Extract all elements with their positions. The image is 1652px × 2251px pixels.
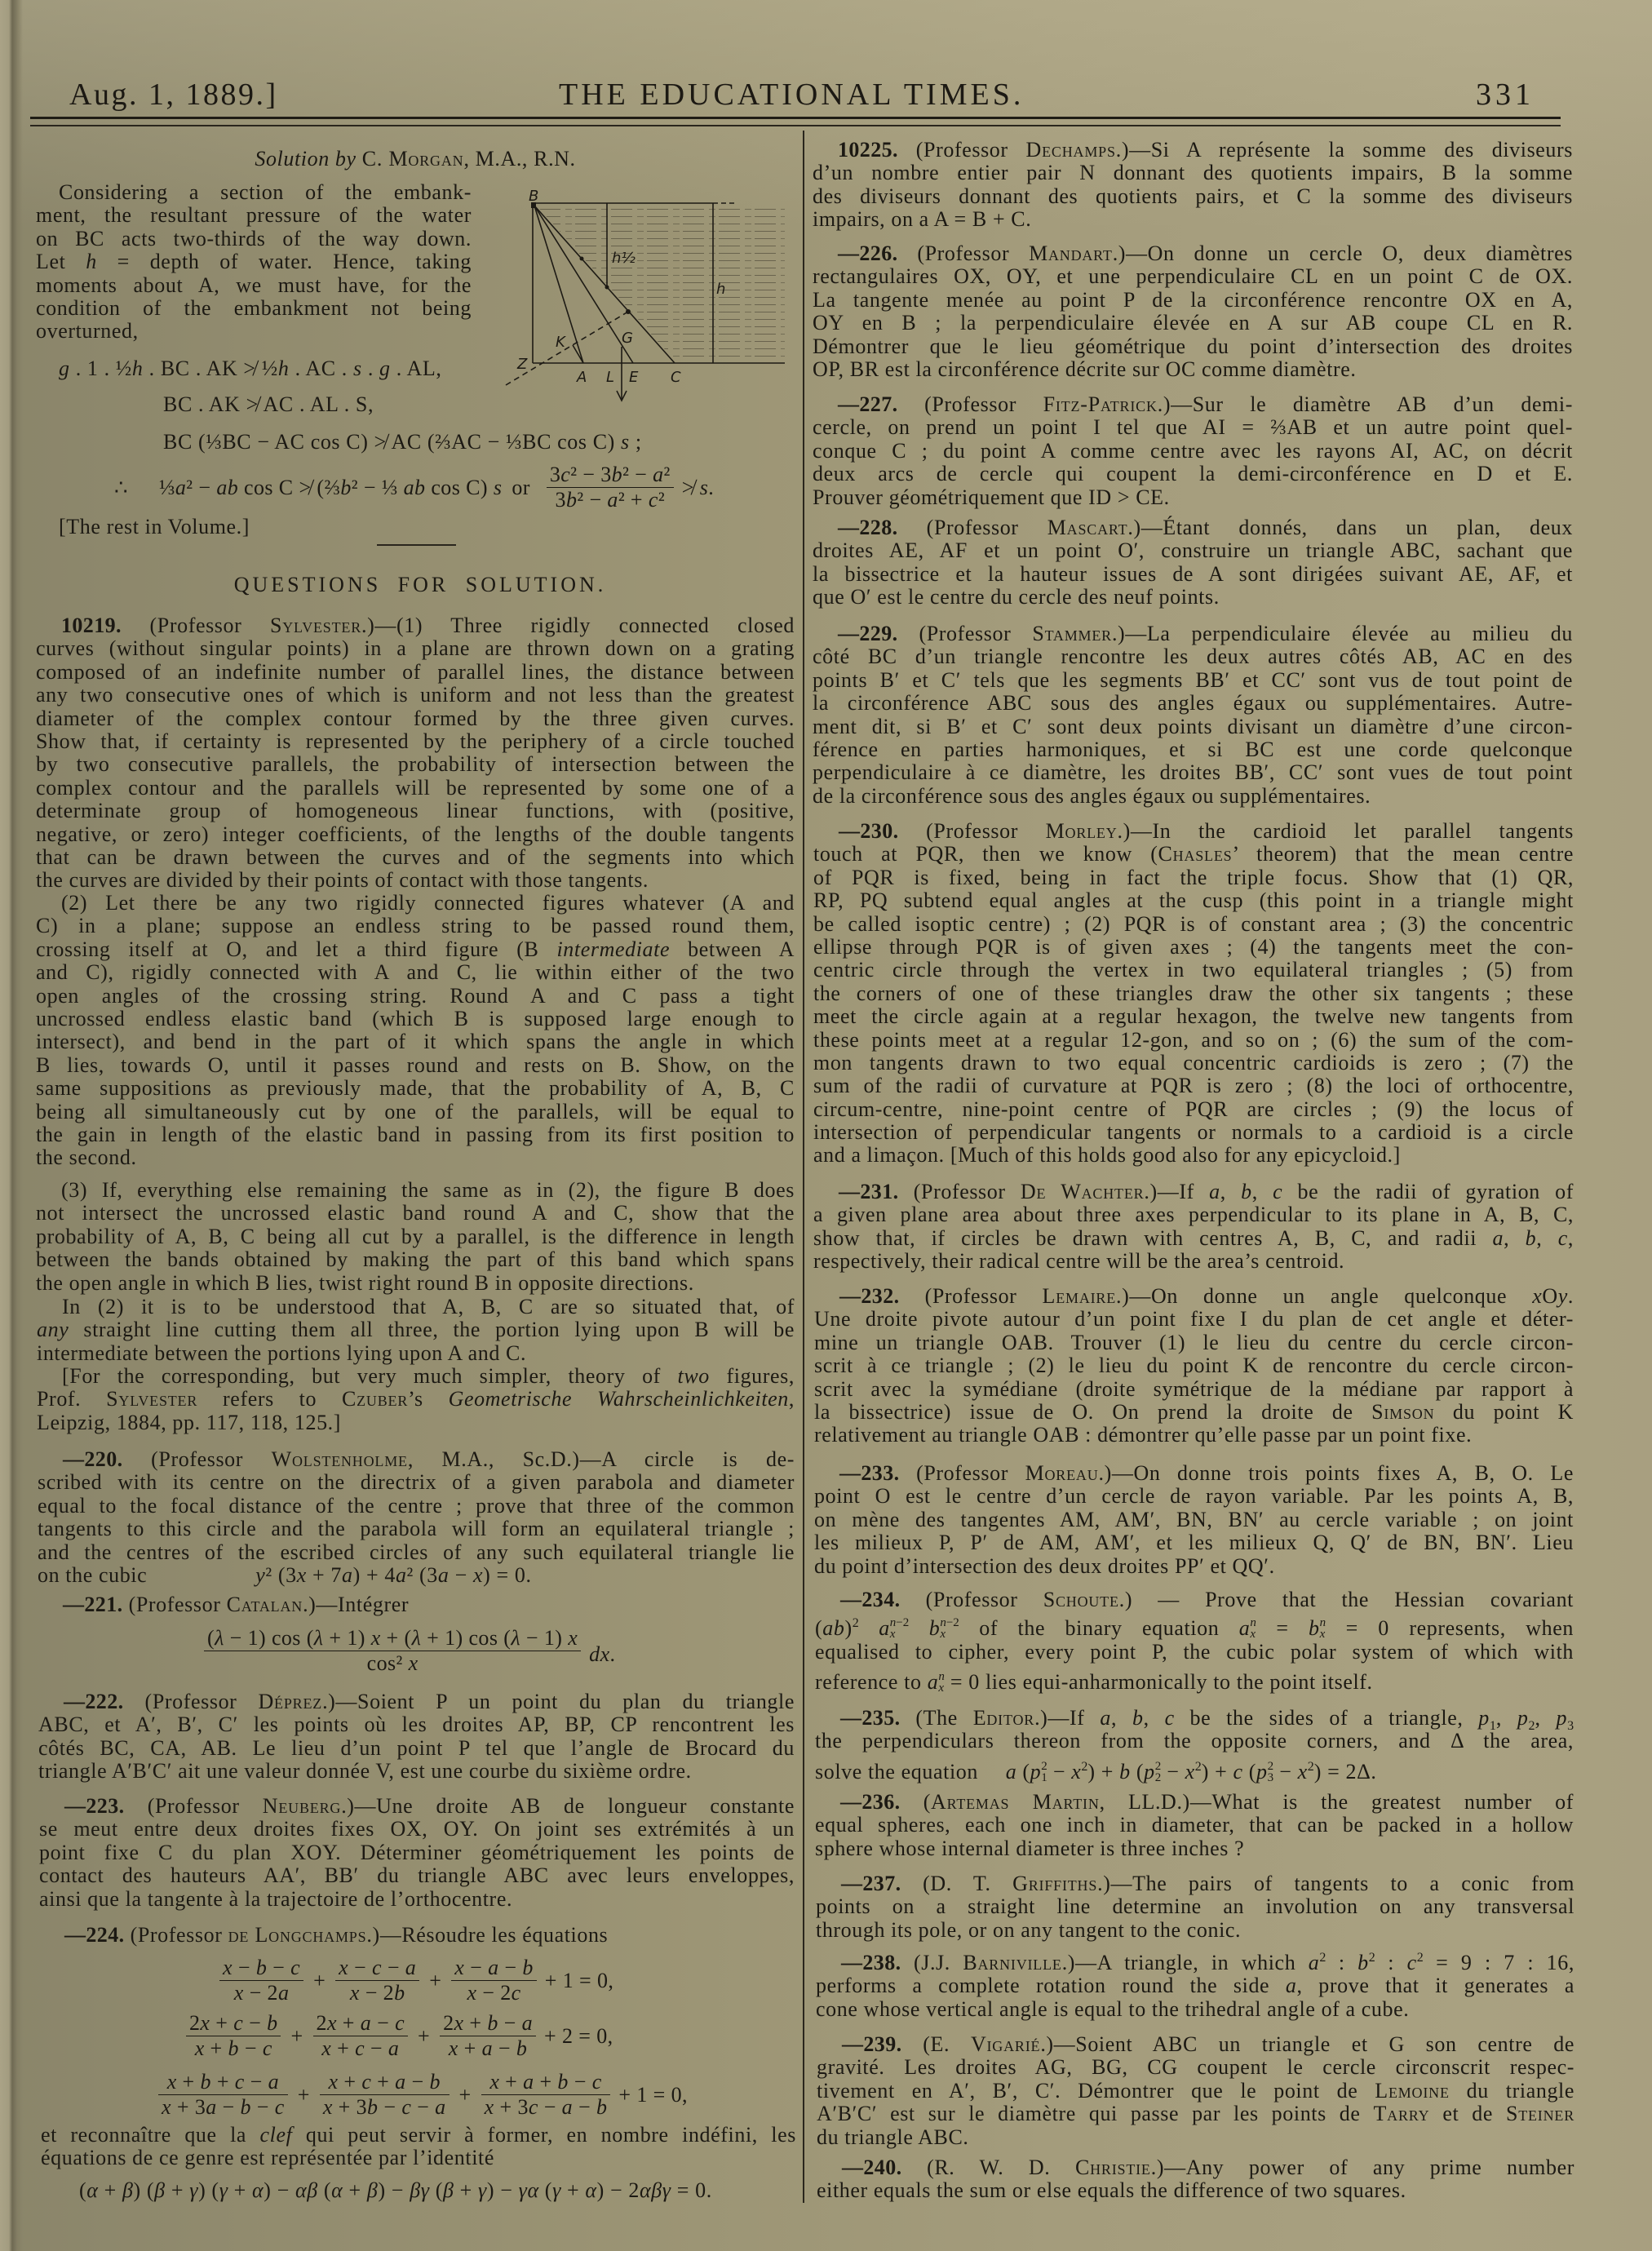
small-caps-name: Neuberg [263,1794,341,1818]
math-variable: b [256,1956,267,1979]
math-variable: b [414,476,425,499]
math-variable: a [342,1563,353,1587]
question-237: —237. (D. T. Griffiths.)—The pairs of ta… [816,1872,1574,1942]
label-h-half: h½ [612,250,636,267]
italic-text: b [1132,1706,1144,1730]
fraction: x + a + b − cx + 3c − a − b [481,2070,611,2120]
text-line: —224. (Professor de Longchamps.)—Résoudr… [39,1924,795,1947]
plus-operator: + [290,2024,303,2049]
math-variable: x [449,2036,458,2060]
text-line: ment, the resultant pressure of the wate… [36,204,472,227]
text-line: In (2) it is to be understood that A, B,… [37,1296,795,1318]
numerator: x − a − b [451,1956,537,1980]
small-caps-name: de Longchamps [228,1923,367,1947]
math-variable: γ [219,2178,228,2202]
text-line: Show that, if certainty is represented b… [36,730,795,753]
math-variable: a [562,2095,573,2119]
question-10219-part-3: (3) If, everything else remaining the sa… [36,1179,795,1295]
fraction: x − c − ax − 2b [335,1956,419,2005]
text-line: deux arcs de cercle qui coupent la demi-… [813,463,1573,485]
math-variable: g [59,357,70,380]
text-line: La tangente menée au point P de la circo… [813,289,1573,312]
text-line: —220. (Professor Wolstenholme, M.A., Sc.… [38,1448,795,1471]
math-variable: c [233,2011,243,2035]
sup-sub-script: 22 [1155,1761,1162,1784]
text-line: —229. (Professor Stammer.)—La perpendicu… [813,623,1573,645]
question-number: —233. [839,1461,900,1485]
plus-operator: + [298,2083,310,2107]
small-caps-name: Vigarié [971,2032,1040,2056]
superscript: 2 [1195,1760,1202,1774]
text-line: ainsi que la tangente à la trajectoire d… [39,1888,795,1911]
fraction: x + b + c − ax + 3a − b − c [158,2070,288,2120]
question-number: —238. [841,1951,901,1974]
math-variable: α [585,2178,596,2202]
italic-text: x [1298,1760,1308,1784]
question-10219-reference: [For the corresponding, but very much si… [37,1365,795,1434]
math-variable: b [557,2070,568,2094]
italic-text: Solution by [255,147,356,171]
math-variable: λ [215,1626,224,1650]
text-line: cercle, on prend un point I tel que AI =… [813,416,1573,439]
small-caps-name: Sylvester [270,614,361,637]
small-caps-name: Tarry [1373,2102,1429,2125]
small-caps-name: Morley [1046,819,1118,843]
question-236: —236. (Artemas Martin, LL.D.)—What is th… [815,1791,1574,1860]
small-caps-name: Chasles [1158,842,1233,866]
question-number: —229. [838,622,898,645]
italic-text: clef [260,2123,293,2147]
math-variable: b [241,2095,251,2119]
italic-text: p [1030,1760,1042,1784]
superscript: 2 [1369,1951,1375,1965]
text-line: d’un nombre entier pair N donnant des qu… [813,162,1573,184]
small-caps-name: C. Morgan [362,147,464,171]
text-line: respectively, their radical centre will … [813,1250,1574,1273]
small-caps-name: Déprez [258,1690,322,1713]
text-line: les milieux P, P′ de AM, AM′, et les mil… [814,1531,1574,1554]
math-variable: a [653,463,663,486]
math-variable: a [607,488,618,512]
question-number: 10219. [61,614,122,637]
point-half-depth [605,286,609,290]
text-line: tangents to this circle and the parabola… [38,1518,795,1540]
italic-text: a [1309,1951,1320,1974]
math-variable: b [394,1981,405,2005]
math-variable: b [516,2036,527,2060]
question-number: —222. [64,1690,124,1713]
question-number: —230. [839,819,899,843]
math-variable: y [255,1563,265,1587]
text-line: equal to the focal distance of the centr… [38,1495,795,1518]
subscript: 1 [1490,1719,1496,1733]
math-variable: b [201,2070,211,2094]
text-line: du triangle ABC. [817,2126,1574,2149]
fraction: 2x + c − bx + b − c [186,2011,281,2061]
math-variable: x [940,1628,946,1641]
text-line: the curves are divided by their points o… [36,869,795,892]
solution-equation-3: BC (⅓BC − AC cos C) ≯ AC (⅔AC − ⅓BC cos … [163,431,642,454]
plus-operator: + [459,2083,472,2107]
math-expression: y² (3x + 7a) + 4a² (3a − x) = 0. [255,1563,531,1587]
question-220: —220. (Professor Wolstenholme, M.A., Sc.… [38,1448,795,1587]
math-variable: x [371,1626,381,1650]
text-line: —239. (E. Vigarié.)—Soient ABC un triang… [817,2033,1574,2056]
math-variable: b [522,1956,533,1979]
text-line: —227. (Professor Fitz-Patrick.)—Sur le d… [813,393,1573,416]
superscript: 2 [1308,1760,1314,1774]
question-number: —236. [840,1790,901,1814]
text-line: —226. (Professor Mandart.)—On donne un c… [813,242,1573,265]
italic-text: x [1532,1284,1542,1308]
point-centre-of-pressure [626,309,631,314]
question-221: —221. (Professor Catalan.)—Intégrer [38,1593,795,1616]
sup-sub-script: nx [938,1671,945,1694]
math-variable: x [223,1956,233,1979]
math-variable: λ [314,1626,324,1650]
math-variable: x [1320,1628,1326,1641]
plus-operator: + [429,1969,441,1993]
text-line: gravité. Les droites AG, BG, CG coupent … [817,2056,1574,2079]
text-line: scribed with its centre on the directrix… [38,1471,795,1494]
italic-text: a [1209,1180,1220,1203]
label-B: B [529,188,538,205]
math-variable: s [494,476,503,499]
question-221-integral: (λ − 1) cos (λ + 1) x + (λ + 1) cos (λ −… [204,1626,615,1676]
math-variable: x [568,1626,578,1650]
text-line: on BC acts two-thirds of the way down. [36,228,472,250]
text-line: equal spheres, each one inch in diameter… [815,1814,1574,1837]
text-line: composed of an indefinite number of para… [36,661,795,684]
text-line: B lies, towards O, until it passes round… [36,1054,795,1077]
text-line: complex contour and the parallels will b… [36,777,795,800]
small-caps-name: Wolstenholme [272,1447,408,1471]
text-line: the open angle in which B lies, twist ri… [36,1272,795,1295]
text-line: C) in a plane; suppose an endless string… [36,915,795,937]
text-line: scrit avec la symédiane (droite symétriq… [814,1378,1574,1401]
question-231: —231. (Professor De Wachter.)—If a, b, c… [813,1181,1574,1274]
label-A: A [576,369,587,386]
math-variable: a [216,476,227,499]
italic-text: ab [822,1616,844,1640]
math-variable: x [467,1981,476,2005]
math-variable: λ [511,1626,520,1650]
text-line: de la circonférence sous des angles égau… [813,785,1573,808]
sup-sub-script: nx [1320,1617,1326,1640]
math-variable: x [489,2070,499,2094]
math-variable: β [443,2178,454,2202]
superscript: 2 [1417,1951,1424,1965]
text-line: open angles of the crossing string. Roun… [36,985,795,1008]
column-separator [803,131,804,2203]
math-variable: α [252,2178,264,2202]
text-line: determinate group of homogeneous linear … [36,800,795,822]
text-line: contact des hauteurs AA′, BB′ du triangl… [39,1864,795,1887]
text-line: 10225. (Professor Dechamps.)—Si A représ… [813,139,1573,162]
text-line: point O est le centre d’un cercle de ray… [814,1485,1574,1508]
text-line: [For the corresponding, but very much si… [37,1365,795,1388]
math-variable: x [454,2011,464,2035]
math-variable: x [321,2036,331,2060]
text-line: équations de ce genre est représentée pa… [41,2147,796,2169]
math-variable: a [268,2070,279,2094]
question-223: —223. (Professor Neuberg.)—Une droite AB… [39,1795,795,1911]
sup-sub-script: n−2x [940,1617,959,1640]
math-variable: a [482,2036,493,2060]
text-line: impairs, on a A = B + C. [813,208,1573,231]
numerator: 2x + a − c [313,2011,408,2036]
text-line: (2) Let there be any two rigidly connect… [36,892,795,915]
text-line: meet the circle again at a regular hexag… [813,1005,1574,1028]
numerator: x − c − a [335,1956,419,1980]
math-variable: d [589,1642,600,1666]
solution-heading: Solution by C. Morgan, M.A., R.N. [36,148,795,171]
text-line: —234. (Professor Schoute.) — Prove that … [815,1589,1574,1611]
text-line: crossing itself at O, and let a third fi… [36,938,795,961]
text-line: —232. (Professor Lemaire.)—On donne un a… [814,1285,1574,1308]
text-line: —235. (The Editor.)—If a, b, c be the si… [815,1707,1574,1730]
denominator: x + 3c − a − b [481,2094,611,2120]
math-variable: c [560,463,570,486]
label-K: K [556,334,566,351]
small-caps-name: Sylvester [106,1387,197,1411]
italic-text: c [1558,1226,1568,1250]
text-line: —230. (Professor Morley.)—In the cardioi… [813,820,1574,843]
italic-text: c [1273,1180,1282,1203]
numerator: x + b + c − a [158,2070,288,2094]
text-line: diameter of the complex contour formed b… [36,707,795,730]
math-variable: g [379,357,391,380]
math-variable: b [566,488,577,512]
question-number: —239. [842,2032,902,2056]
text-line: ellipse through PQR is of given axes ; (… [813,936,1574,959]
italic-text: a [1239,1616,1251,1640]
question-232: —232. (Professor Lemaire.)—On donne un a… [814,1285,1574,1447]
math-variable: a [405,1956,416,1979]
text-line: perpendiculaire à ce diamètre, les droit… [813,761,1573,784]
text-line: intermediate between the portions lying … [37,1342,795,1365]
small-caps-name: Dechamps [1026,138,1116,162]
math-variable: c [355,2036,365,2060]
solution-equation-2: BC . AK ≯ AC . AL . S, [163,393,374,416]
italic-text: b [1119,1760,1131,1784]
question-227: —227. (Professor Fitz-Patrick.)—Sur le d… [813,393,1573,509]
math-variable: c [290,1956,300,1979]
italic-text: p [1556,1706,1567,1730]
small-caps-name: Lemoine [1375,2079,1449,2103]
denominator: x + a − b [440,2036,536,2061]
question-number: —235. [840,1706,901,1730]
question-224-equation-1: x − b − cx − 2a + x − c − ax − 2b + x − … [219,1956,613,2005]
math-variable: γ [189,2178,198,2202]
math-variable: x [485,2095,494,2119]
math-variable: b [596,2095,607,2119]
math-variable: a [435,2095,445,2119]
text-line: Prof. Sylvester refers to Czuber’s Geome… [37,1388,795,1411]
text-line: —236. (Artemas Martin, LL.D.)—What is th… [815,1791,1574,1814]
numerator: 3c² − 3b² − a² [547,463,674,487]
question-224-equation-3: x + b + c − ax + 3a − b − c + x + c + a … [158,2070,688,2120]
small-caps-name: Lemaire [1043,1284,1116,1308]
text-line: côté BC d’un triangle rencontre les deux… [813,645,1573,668]
math-variable: x [195,2036,205,2060]
text-line: Une droite pivote autour d’un point fixe… [814,1308,1574,1331]
text-line: performs a complete rotation round the s… [816,1974,1574,1997]
text-line: that can be drawn between the curves and… [36,846,795,869]
math-variable: β [122,2178,134,2202]
italic-text: b [1241,1180,1252,1203]
text-line: Considering a section of the embank- [36,181,472,204]
text-line: negative, or zero) integer coefficients,… [36,823,795,846]
italic-text: two [678,1364,710,1388]
math-variable: x [409,1651,419,1675]
italic-text: b [1309,1616,1320,1640]
math-variable: a [522,2011,533,2035]
page-number: 331 [1476,78,1535,111]
math-variable: x [327,2011,337,2035]
label-L: L [606,369,614,386]
question-235: —235. (The Editor.)—If a, b, c be the si… [815,1707,1574,1784]
math-variable: x [323,2095,333,2119]
math-variable: b [267,2011,277,2035]
denominator: x − 2c [451,1980,537,2005]
math-variable: λ [412,1626,422,1650]
italic-text: Geometrische Wahrscheinlichkeiten [449,1387,789,1411]
text-line: conque C ; du point A comme centre avec … [813,440,1573,463]
text-line: the perpendiculars thereon from the oppo… [815,1730,1574,1753]
italic-text: x [1185,1760,1195,1784]
italic-text: p [1517,1706,1529,1730]
question-number: —234. [840,1588,901,1611]
equation-tail: + 1 = 0, [618,2083,688,2107]
math-variable: x [890,1628,896,1641]
section-heading: QUESTIONS FOR SOLUTION. [41,574,799,596]
denominator: x + 3b − c − a [320,2094,450,2120]
text-line: Prouver géométriquement que ID > CE. [813,486,1573,509]
math-variable: x [339,1956,348,1979]
text-line: scrit à ce triangle ; (2) le lieu du poi… [814,1354,1574,1377]
text-line: —222. (Professor Déprez.)—Soient P un po… [38,1690,795,1713]
italic-text: x [1071,1760,1081,1784]
small-caps-name: Mandart [1029,241,1113,265]
header-rule-thick [30,117,1561,119]
question-224-equation-2: 2x + c − bx + b − c + 2x + a − cx + c − … [186,2011,613,2061]
label-C: C [671,369,681,386]
math-variable: h [132,357,144,380]
small-caps-name: Stammer [1032,622,1112,645]
text-line: same suppositions as previously made, th… [36,1077,795,1100]
small-caps-name: Griffiths [1012,1872,1097,1895]
label-Z: Z [516,356,528,373]
italic-text: y [1558,1284,1568,1308]
header-rule-thin [30,125,1561,126]
text-line: mine un triangle OAB. Trouver (1) le lie… [814,1332,1574,1354]
text-line: and the centres of the escribed circles … [38,1541,795,1564]
math-variable: α [640,2178,651,2202]
fraction: 2x + a − cx + c − a [313,2011,408,2061]
question-234: —234. (Professor Schoute.) — Prove that … [815,1589,1574,1695]
math-variable: a [395,2070,405,2094]
numerator: x + a + b − c [481,2070,611,2094]
denominator: cos² x [204,1651,581,1676]
text-line: curves (without singular points) in a pl… [36,637,795,660]
question-226: —226. (Professor Mandart.)—On donne un c… [813,242,1573,381]
question-228: —228. (Professor Mascart.)—Étant donnés,… [813,516,1573,609]
math-variable: x [1250,1628,1256,1641]
text-line: and C), rigidly connected with A and C, … [36,961,795,984]
italic-text: b [1526,1226,1537,1250]
solution-equation-4: ∴ ⅓a² − ab cos C ≯ (⅔b² − ⅓ ab cos C) s … [114,463,714,512]
text-line: ment dit, si B′ et C′ sont deux points d… [813,716,1573,738]
math-variable: s [700,476,709,499]
text-line: circum-centre, nine-point centre of PQR … [813,1098,1574,1121]
small-caps-name: Steiner [1506,2102,1574,2125]
math-variable: c [235,2070,245,2094]
math-variable: x [297,1563,307,1587]
fraction: x − a − bx − 2c [451,1956,537,2005]
italic-text: a [1493,1226,1504,1250]
sup-sub-script: nx [1250,1617,1256,1640]
text-line: points on a straight line determine an i… [816,1895,1574,1918]
question-number: —240. [842,2156,902,2179]
italic-text: a [928,1670,939,1694]
math-variable: β [651,2178,662,2202]
denominator: 3b² − a² + c² [547,487,674,512]
math-variable: x [454,1956,464,1979]
text-line: du point d’intersection des deux droites… [814,1555,1574,1578]
math-variable: β [154,2178,166,2202]
section-divider-rule [377,544,456,546]
text-line: either equals the sum or else equals the… [817,2179,1574,2202]
text-line: côtés BC, CA, AB. Le lieu d’un point P t… [38,1737,795,1760]
journal-page: Aug. 1, 1889.] THE EDUCATIONAL TIMES. 33… [0,0,1652,2251]
text-line: Leipzig, 1884, pp. 117, 118, 125.] [37,1411,795,1434]
text-line: triangle A′B′C′ ait une valeur donnée V,… [38,1760,795,1783]
text-line: OY en B ; la perpendiculaire élevée en A… [813,312,1573,335]
text-line: tivement en A′, B′, C′. Démontrer que le… [817,2080,1574,2103]
question-number: —227. [838,392,898,416]
math-variable: c [512,1981,521,2005]
math-variable: α [527,2178,538,2202]
text-line: OP, BR est la circonférence décrite sur … [813,358,1573,381]
question-224-continuation: et reconnaître que la clef qui peut serv… [41,2124,796,2170]
text-line: intersection of perpendicular tangents o… [813,1121,1574,1144]
question-222: —222. (Professor Déprez.)—Soient P un po… [38,1690,795,1784]
math-variable: a [278,1981,289,2005]
solution-equation-1: g . 1 . ½h . BC . AK ≯ ½h . AC . s . g .… [59,357,441,380]
sup-sub-script: 23 [1268,1761,1274,1784]
italic-text: b [929,1616,941,1640]
small-caps-name: Simson [1371,1400,1434,1424]
text-line: being all simultaneously cut by one of t… [36,1101,795,1123]
math-variable: a [175,476,186,499]
math-variable: γ [519,2178,528,2202]
math-variable: c [592,2070,602,2094]
fraction: (λ − 1) cos (λ + 1) x + (λ + 1) cos (λ −… [204,1626,581,1676]
text-line: between the bands obtained by making the… [36,1248,795,1271]
math-variable: x [938,1682,944,1695]
math-variable: a [438,1563,450,1587]
text-line: touch at PQR, then we know (Chasles’ the… [813,843,1574,866]
italic-text: c [1233,1760,1243,1784]
question-number: —223. [64,1794,125,1818]
numerator: 2x + b − a [440,2011,536,2036]
text-line: et reconnaître que la clef qui peut serv… [41,2124,796,2147]
math-variable: x [350,1981,360,2005]
math-variable: c [372,1956,382,1979]
small-caps-name: Catalan [227,1593,303,1616]
small-caps-name: Mascart [1047,516,1128,539]
